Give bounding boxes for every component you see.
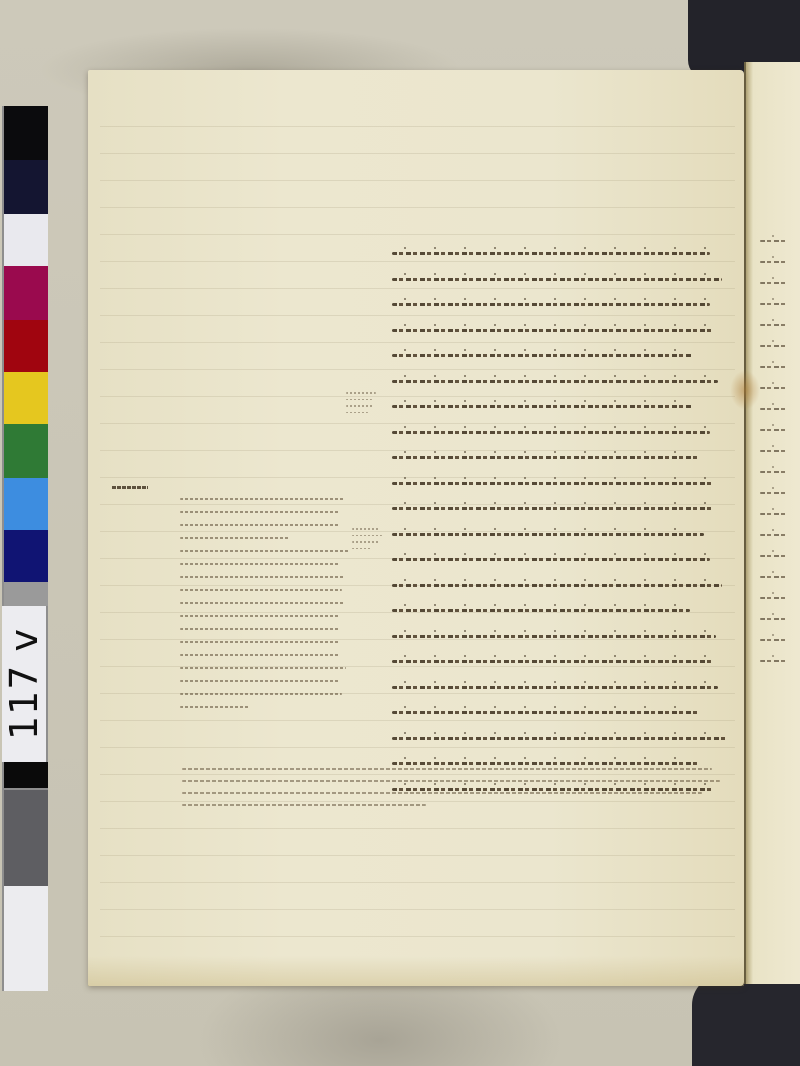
facing-page-text [760,240,788,681]
commentary-line [180,667,346,669]
text-line [760,450,788,452]
text-line [760,303,788,305]
text-line [760,555,788,557]
text-line [760,240,788,242]
text-line [392,660,712,663]
text-line [392,533,704,536]
text-line [760,660,788,662]
text-line [392,278,722,281]
swatch-dark-navy [4,160,48,214]
commentary-line [180,576,344,578]
text-line [392,380,718,383]
commentary-line [180,615,340,617]
commentary-line [180,498,344,500]
text-line [760,324,788,326]
gloss-line [346,405,374,407]
text-line [392,737,728,740]
text-line [760,261,788,263]
text-line [760,639,788,641]
commentary-line [180,524,340,526]
text-line [392,303,710,306]
footnote-line [182,804,426,806]
gloss-line [352,541,380,543]
swatch-white [4,214,48,266]
folio-label: 117 v [2,606,46,762]
swatch-black [4,106,48,160]
gloss-block-upper [346,392,378,418]
commentary-line [180,680,340,682]
text-line [392,609,690,612]
text-line [392,711,700,714]
text-line [392,431,710,434]
commentary-line [180,537,290,539]
commentary-line [180,693,342,695]
commentary-line [180,589,342,591]
margin-note [112,486,148,489]
main-text-block [392,252,722,813]
swatch-yellow [4,372,48,424]
text-line [392,584,722,587]
footnote-line [182,792,702,794]
commentary-block [180,498,350,719]
text-line [760,576,788,578]
text-line [760,597,788,599]
commentary-line [180,641,340,643]
dark-backdrop-bottom [692,975,800,1066]
text-line [760,492,788,494]
commentary-line [180,550,350,552]
swatch-gray-black [4,762,48,788]
text-line [392,252,710,255]
text-line [392,456,698,459]
text-line [760,513,788,515]
text-line [392,482,712,485]
text-line [392,635,716,638]
commentary-line [180,706,250,708]
text-line [392,354,692,357]
gloss-line [352,528,380,530]
gloss-line [346,412,368,414]
text-line [760,471,788,473]
text-line [392,762,698,765]
text-line [392,507,714,510]
commentary-line [180,602,344,604]
commentary-line [180,628,340,630]
footnote-block [182,768,722,816]
commentary-line [180,511,340,513]
swatch-dark-blue [4,530,48,582]
commentary-line [180,563,340,565]
text-line [392,686,718,689]
folio-number: 117 v [2,628,46,740]
text-line [760,534,788,536]
swatch-magenta [4,266,48,320]
gloss-line [352,548,372,550]
text-line [760,282,788,284]
commentary-line [180,654,340,656]
text-line [392,558,710,561]
color-calibration-strip [2,106,48,991]
strip-gap [4,582,48,606]
text-line [760,345,788,347]
swatch-red [4,320,48,372]
swatch-green [4,424,48,478]
footnote-line [182,768,712,770]
gloss-block-lower [352,528,384,554]
text-line [760,366,788,368]
text-line [760,387,788,389]
gloss-line [346,392,376,394]
text-line [392,329,714,332]
gloss-line [352,535,382,537]
swatch-light-blue [4,478,48,530]
footnote-line [182,780,720,782]
gloss-line [346,399,372,401]
page-stain [730,370,760,410]
swatch-gray-white [4,886,48,991]
text-line [760,408,788,410]
swatch-mid-gray [4,790,48,886]
text-line [760,429,788,431]
text-line [392,405,692,408]
text-line [760,618,788,620]
